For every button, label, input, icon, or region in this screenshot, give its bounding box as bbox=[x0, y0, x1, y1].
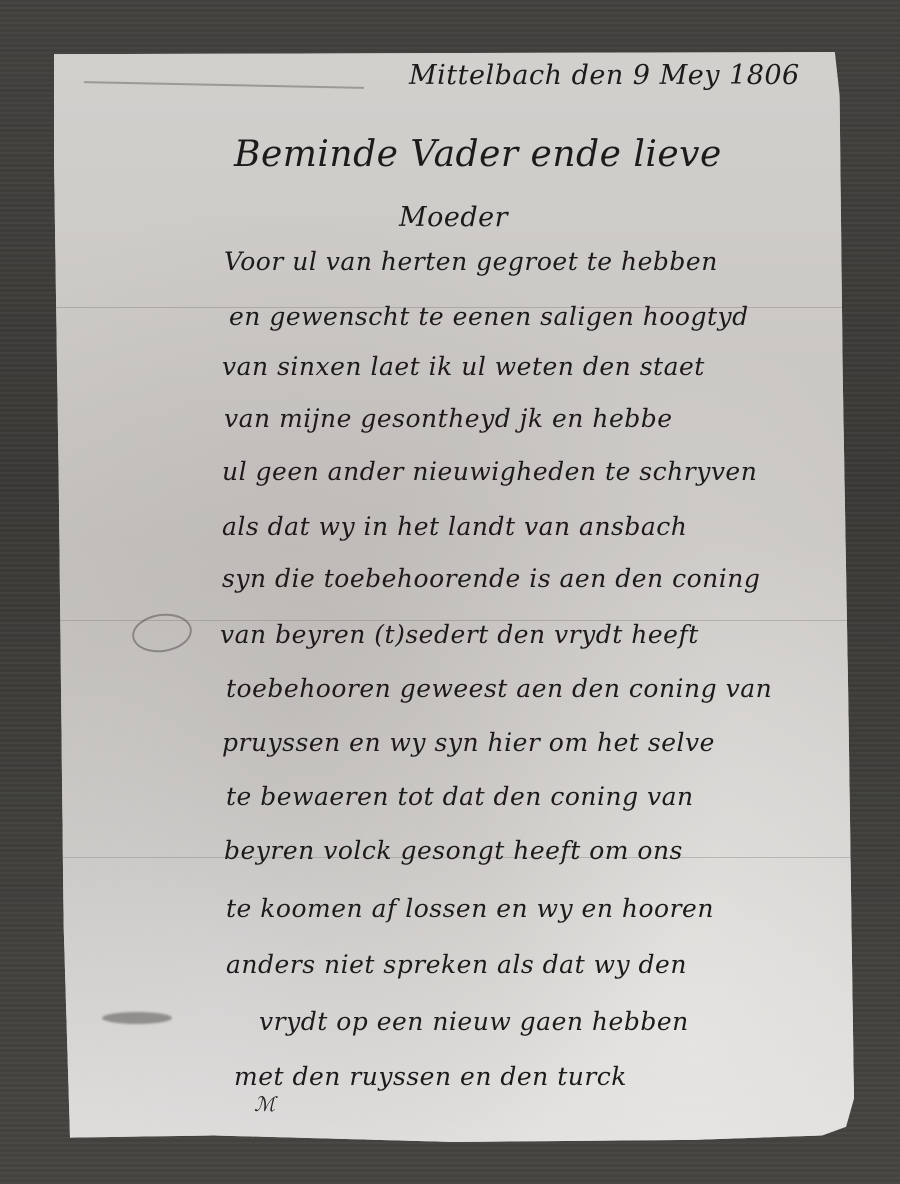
tail-flourish: ℳ bbox=[254, 1092, 275, 1116]
body-line: ul geen ander nieuwigheden te schryven bbox=[222, 457, 757, 486]
dateline: Mittelbach den 9 Mey 1806 bbox=[409, 60, 800, 91]
body-line: vrydt op een nieuw gaen hebben bbox=[259, 1007, 689, 1036]
body-line: te bewaeren tot dat den coning van bbox=[226, 782, 694, 811]
body-line: te koomen af lossen en wy en hooren bbox=[226, 894, 714, 923]
body-line: en gewenscht te eenen saligen hoogtyd bbox=[229, 302, 749, 331]
body-line: anders niet spreken als dat wy den bbox=[226, 950, 687, 979]
salutation-line-2: Moeder bbox=[399, 202, 508, 233]
body-line: syn die toebehoorende is aen den coning bbox=[222, 564, 760, 593]
ink-stain-ring bbox=[130, 610, 195, 656]
salutation-line-1: Beminde Vader ende lieve bbox=[234, 134, 722, 175]
letter-paper: Mittelbach den 9 Mey 1806 Beminde Vader … bbox=[54, 52, 854, 1142]
body-line: met den ruyssen en den turck bbox=[234, 1062, 627, 1091]
body-line: van mijne gesontheyd jk en hebbe bbox=[224, 404, 673, 433]
body-line: van beyren (t)sedert den vrydt heeft bbox=[220, 620, 699, 649]
body-line: toebehooren geweest aen den coning van bbox=[226, 674, 772, 703]
ink-smudge bbox=[102, 1012, 172, 1024]
body-line: van sinxen laet ik ul weten den staet bbox=[222, 352, 705, 381]
body-line: Voor ul van herten gegroet te hebben bbox=[224, 247, 718, 276]
body-line: beyren volck gesongt heeft om ons bbox=[224, 836, 683, 865]
body-line: als dat wy in het landt van ansbach bbox=[222, 512, 687, 541]
paper-crease bbox=[84, 81, 364, 89]
body-line: pruyssen en wy syn hier om het selve bbox=[222, 728, 715, 757]
